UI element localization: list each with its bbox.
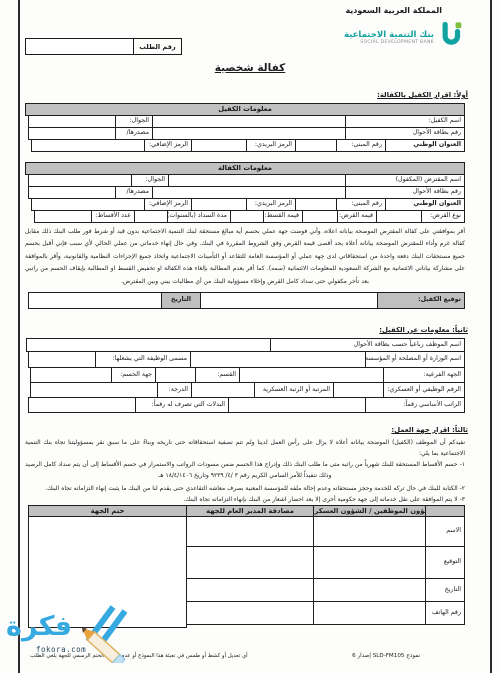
rank-label: المرتبة أو الرتبة العسكرية <box>254 382 334 398</box>
scanned-form-page: المملكة العربية السعودية بنك التنمية الا… <box>0 0 500 673</box>
approvals-phone-label: رقم الهاتف <box>425 601 465 625</box>
loan-type-label: نوع القرض: <box>421 210 465 223</box>
kingdom-title: المملكة العربية السعودية <box>345 6 442 15</box>
manager-name-field[interactable] <box>186 516 314 547</box>
guarantor-address-label: العنوان الوطني <box>385 139 465 152</box>
sub-entity-label: الجهة الفرعية: <box>383 367 465 383</box>
table-row: الراتب الأساسي رقماً: البدلات التي تصرف … <box>25 397 465 413</box>
employee-number-field[interactable] <box>333 382 384 398</box>
repayment-period-label: مدة السداد (بالسنوات): <box>167 210 231 223</box>
grade-field[interactable] <box>30 382 158 398</box>
loan-value-label: قيمة القرض: <box>337 210 377 223</box>
approvals-name-label: الاسم <box>425 516 465 547</box>
request-number-box: رقم الطلب <box>25 38 182 55</box>
employer-declaration-item-2: ٢- الكتابة للبنك في حال تركه للخدمة وحجز… <box>25 483 465 494</box>
guarantor-signature-field[interactable] <box>200 292 378 309</box>
signature-date-label: التاريخ <box>161 292 201 309</box>
entity-stamp-column <box>28 517 187 628</box>
table-row: نوع القرض: قيمة القرض: قيمة القسط: مدة ا… <box>25 210 465 223</box>
guarantor-signature-label: توقيع الكفيل: <box>377 292 465 309</box>
bank-name-arabic: بنك التنمية الاجتماعية <box>344 31 434 40</box>
guarantor-extra-code-field[interactable] <box>31 139 145 152</box>
approvals-label-column: الاسم التوقيع التاريخ رقم الهاتف <box>425 517 465 628</box>
manager-date-field[interactable] <box>186 578 314 602</box>
guarantor-extra-code-label: الرمز الإضافي: <box>144 139 192 152</box>
guarantor-building-label: رقم المبنى: <box>336 139 386 152</box>
section3-heading: ثالثاً: اقرار جهة العمل: <box>391 426 468 434</box>
staff-date-field[interactable] <box>313 578 426 602</box>
allowances-label: البدلات التي تصرف له رقماً: <box>135 397 229 413</box>
bank-logo: بنك التنمية الاجتماعية SOCIAL DEVELOPMEN… <box>344 22 464 54</box>
table-row: الرقم الوظيفي أو العسكري: المرتبة أو الر… <box>25 382 465 398</box>
department-field[interactable] <box>155 367 196 383</box>
rank-field[interactable] <box>191 382 255 398</box>
guarantee-info-table: معلومات الكفالة اسم المقترض (المكفول) ال… <box>25 163 465 223</box>
manager-phone-field[interactable] <box>186 601 314 625</box>
guarantor-info-table: معلومات الكفيل اسم الكفيل: الجوال: رقم ب… <box>25 104 465 152</box>
employee-name-field[interactable] <box>26 338 271 352</box>
allowances-field[interactable] <box>28 397 136 413</box>
guarantor-postal-field[interactable] <box>191 139 247 152</box>
table-row: اسم الموظف رباعياً حسب بطاقة الأحوال <box>25 338 465 352</box>
deduction-entity-field[interactable] <box>30 367 112 383</box>
grade-label: الدرجة: <box>157 382 192 398</box>
job-title-label: مسمى الوظيفة التي يشغلها: <box>95 351 191 368</box>
staff-name-field[interactable] <box>313 516 426 547</box>
table-row: الجهة الفرعية: القسم: جهة الحسم: <box>25 367 465 383</box>
guarantor-declaration-text: أقر بموافقتي على كفالة المقترض الموضحة ب… <box>25 226 465 288</box>
form-code: نموذج SLD-FM105 إصدار 6 <box>352 653 420 659</box>
entity-stamp-field[interactable] <box>28 516 187 628</box>
request-number-field[interactable] <box>25 38 134 55</box>
approvals-date-label: التاريخ <box>425 578 465 602</box>
ministry-label: اسم الوزارة أو المصلحة أو المؤسسة: <box>365 351 465 368</box>
installments-count-field[interactable] <box>34 210 92 223</box>
deduction-entity-label: جهة الحسم: <box>111 367 156 383</box>
signature-row: توقيع الكفيل: التاريخ <box>25 293 465 309</box>
table-row: اسم الوزارة أو المصلحة أو المؤسسة: مسمى … <box>25 351 465 368</box>
staff-signature-field[interactable] <box>313 546 426 579</box>
job-title-field[interactable] <box>28 351 96 368</box>
bank-logo-icon <box>438 22 464 54</box>
table-row: العنوان الوطني رقم المبنى: الرمز البريدي… <box>25 139 465 152</box>
employee-number-label: الرقم الوظيفي أو العسكري: <box>383 382 465 398</box>
manager-signature-field[interactable] <box>186 546 314 579</box>
guarantor-building-field[interactable] <box>295 139 337 152</box>
section1-heading: أولاً: اقرار الكفيل بالكفالة: <box>377 91 468 99</box>
footer-note: أي تعديل أو كشط أو طمس في تعبئة هذا النم… <box>30 653 248 659</box>
employer-approvals-table: شؤون الموظفين / الشؤون العسكرية مصادقة ا… <box>25 506 465 628</box>
bank-name-english: SOCIAL DEVELOPMENT BANK <box>344 40 434 46</box>
loan-value-field[interactable] <box>302 210 338 223</box>
basic-salary-field[interactable] <box>228 397 366 413</box>
employer-declaration-item-3: ٣- لا يتم الموافقة على نقل خدماته إلى جه… <box>25 494 465 505</box>
employer-declaration-item-1: ١- حسم الأقساط المستحقة للبنك شهرياً من … <box>25 459 465 481</box>
loan-type-field[interactable] <box>376 210 422 223</box>
basic-salary-label: الراتب الأساسي رقماً: <box>365 397 465 413</box>
section2-heading: ثانياً: معلومات عن الكفيل: <box>379 326 468 334</box>
installment-value-field[interactable] <box>230 210 264 223</box>
installment-value-label: قيمة القسط: <box>263 210 303 223</box>
request-number-label: رقم الطلب <box>134 38 182 55</box>
staff-affairs-column <box>313 517 426 628</box>
repayment-period-field[interactable] <box>134 210 168 223</box>
guarantor-employment-table: اسم الموظف رباعياً حسب بطاقة الأحوال اسم… <box>25 339 465 413</box>
employer-declaration-intro: نفيدكم أن الموظف (الكفيل) الموضحة بيانات… <box>25 437 465 459</box>
ministry-field[interactable] <box>190 351 366 368</box>
approvals-signature-label: التوقيع <box>425 546 465 579</box>
staff-phone-field[interactable] <box>313 601 426 625</box>
form-title: كفالة شخصية <box>0 62 500 74</box>
installments-count-label: عدد الأقساط: <box>91 210 135 223</box>
manager-approval-column <box>186 517 314 628</box>
signature-date-field[interactable] <box>28 292 162 309</box>
guarantor-postal-label: الرمز البريدي: <box>246 139 296 152</box>
sub-entity-field[interactable] <box>239 367 384 383</box>
department-label: القسم: <box>195 367 240 383</box>
employee-name-label: اسم الموظف رباعياً حسب بطاقة الأحوال <box>270 338 465 352</box>
